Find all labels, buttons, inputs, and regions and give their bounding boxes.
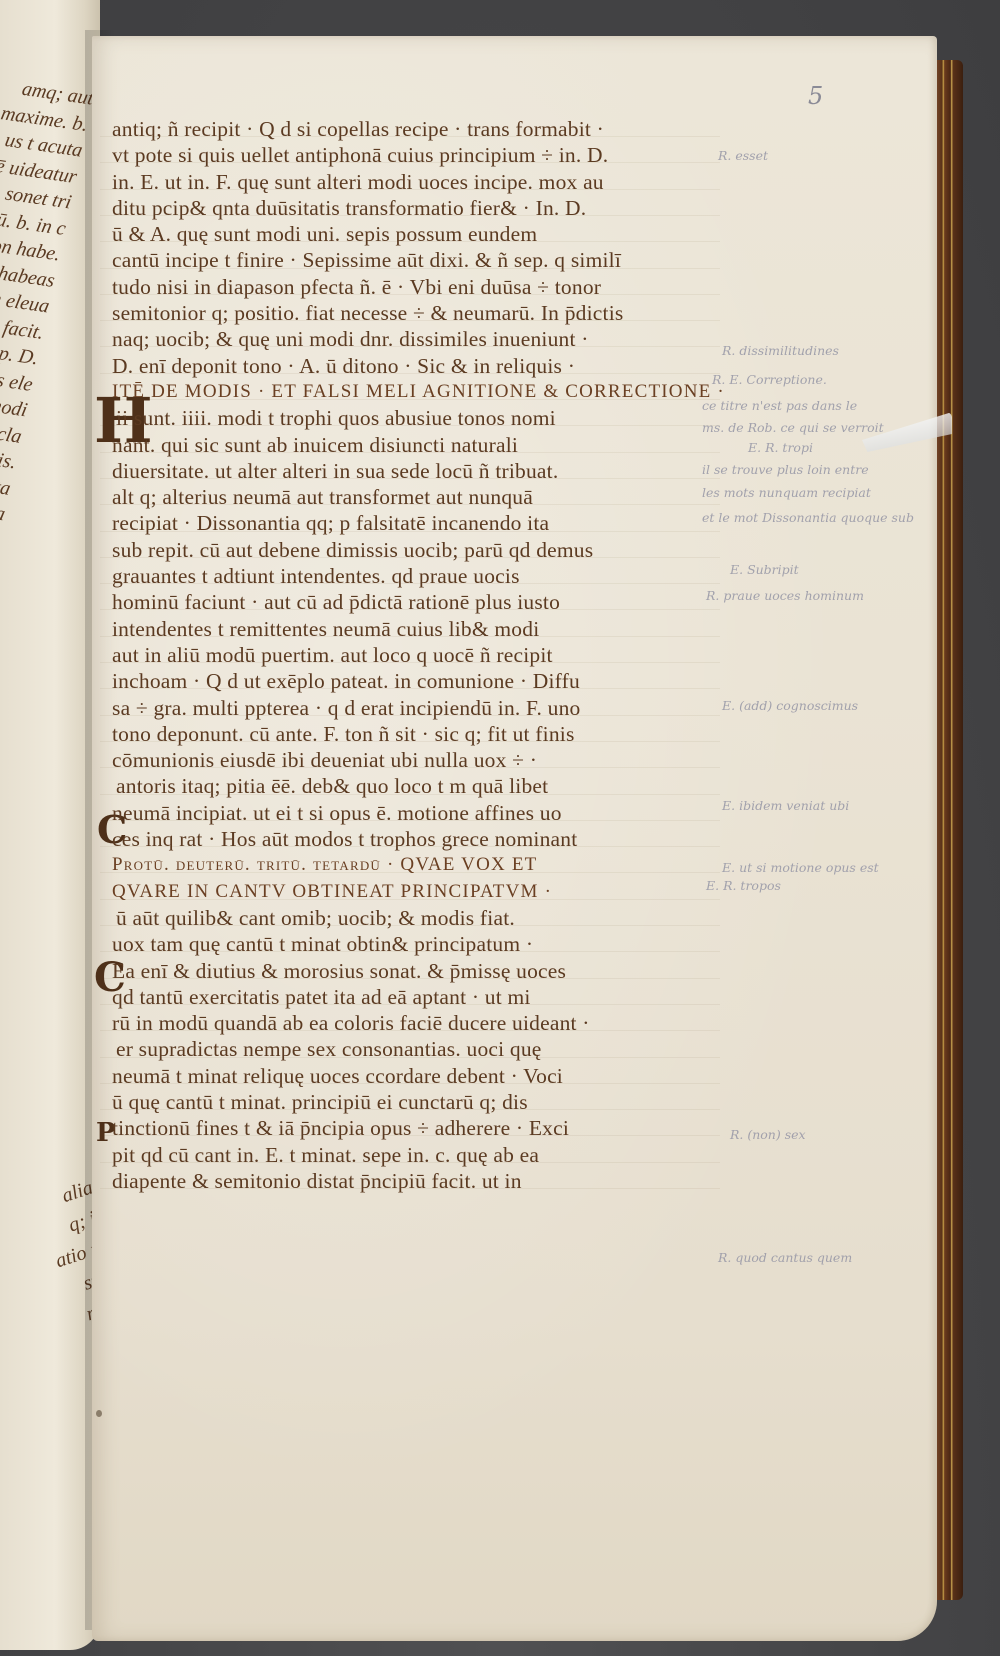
- text-line: inchoam · Q d ut exēplo pateat. in comun…: [112, 668, 672, 694]
- text-line: hominū faciunt · aut cū ad p̄dictā ratio…: [112, 589, 672, 615]
- text-line: er supradictas nempe sex consonantias. u…: [112, 1036, 672, 1062]
- pencil-margin-note: E. (add) cognoscimus: [722, 698, 858, 713]
- text-line: recipiat · Dissonantia qq; p falsitatē i…: [112, 510, 672, 536]
- text-line: vt pote si quis uellet antiphonā cuius p…: [112, 142, 672, 168]
- text-line: nant. qui sic sunt ab inuicem disiuncti …: [112, 432, 672, 458]
- text-line: qd tantū exercitatis patet ita ad eā apt…: [112, 984, 672, 1010]
- text-line: pit qd cū cant in. E. t minat. sepe in. …: [112, 1142, 672, 1168]
- rubric-line: Protū. deuterū. tritū. tetardū · QVAE VO…: [112, 852, 672, 878]
- text-line: diuersitate. ut alter alteri in sua sede…: [112, 458, 672, 484]
- text-line: sa ÷ gra. multi ppterea · q d erat incip…: [112, 695, 672, 721]
- pencil-margin-note: E. Subripit: [730, 562, 799, 577]
- text-line: ditu pcip& qnta duūsitatis transformatio…: [112, 195, 672, 221]
- text-line: aut in aliū modū puertim. aut loco q uoc…: [112, 642, 672, 668]
- text-line: tudo nisi in diapason pfecta ñ. ē · Vbi …: [112, 274, 672, 300]
- pencil-margin-note: R. dissimilitudines: [722, 343, 839, 358]
- text-line: semitonior q; positio. fiat necesse ÷ & …: [112, 300, 672, 326]
- text-line: rū in modū quandā ab ea coloris faciē du…: [112, 1010, 672, 1036]
- text-line: intendentes t remittentes neumā cuius li…: [112, 616, 672, 642]
- pencil-margin-note: il se trouve plus loin entre: [702, 462, 869, 477]
- text-line: neumā incipiat. ut ei t si opus ē. motio…: [112, 800, 672, 826]
- pencil-margin-note: R. (non) sex: [730, 1127, 806, 1142]
- pencil-margin-note: R. E. Correptione.: [712, 372, 827, 387]
- parchment-hole: [96, 1410, 102, 1417]
- text-line: tinctionū fines t & iā p̄ncipia opus ÷ a…: [112, 1115, 672, 1141]
- text-line: ū & A. quę sunt modi uni. sepis possum e…: [112, 221, 672, 247]
- text-line: Ea enī & diutius & morosius sonat. & p̄m…: [112, 958, 672, 984]
- text-line: antiq; ñ recipit · Q d si copellas recip…: [112, 116, 672, 142]
- rubric-line: ITĒ DE MODIS · ET FALSI MELI AGNITIONE &…: [112, 379, 672, 405]
- text-line: ii sunt. iiii. modi t trophi quos abusiu…: [112, 405, 672, 431]
- pencil-margin-note: E. R. tropi: [748, 440, 813, 455]
- rubric-line: QVARE IN CANTV OBTINEAT PRINCIPATVM ·: [112, 879, 672, 905]
- pencil-margin-note: R. esset: [718, 148, 768, 163]
- text-line: sub repit. cū aut debene dimissis uocib;…: [112, 537, 672, 563]
- left-page-text: amq; autmaxime. b.us t acutanē uideatur.…: [0, 73, 96, 814]
- text-line: diapente & semitonio distat p̄ncipiū fac…: [112, 1168, 672, 1194]
- text-line: cantū incipe t finire · Sepissime aūt di…: [112, 247, 672, 273]
- folio-number: 5: [808, 82, 823, 110]
- pencil-margin-note: R. quod cantus quem: [718, 1250, 852, 1265]
- text-line: uox tam quę cantū t minat obtin& princip…: [112, 931, 672, 957]
- pencil-margin-note: et le mot Dissonantia quoque sub: [702, 510, 914, 525]
- text-line: cōmunionis eiusdē ibi deueniat ubi nulla…: [112, 747, 672, 773]
- pencil-margin-note: ms. de Rob. ce qui se verroit: [702, 420, 884, 435]
- main-text-column: antiq; ñ recipit · Q d si copellas recip…: [112, 116, 672, 1194]
- text-line: neumā t minat reliquę uoces ccordare deb…: [112, 1063, 672, 1089]
- book-binding: [935, 60, 963, 1600]
- manuscript-photo: amq; autmaxime. b.us t acutanē uideatur.…: [0, 0, 1000, 1656]
- pencil-margin-note: E. ut si motione opus est: [722, 860, 879, 875]
- pencil-margin-note: les mots nunquam recipiat: [702, 485, 871, 500]
- text-line: in. E. ut in. F. quę sunt alteri modi uo…: [112, 169, 672, 195]
- text-line: naq; uocib; & quę uni modi dnr. dissimil…: [112, 326, 672, 352]
- text-line: grauantes t adtiunt intendentes. qd prau…: [112, 563, 672, 589]
- text-line: alt q; alterius neumā aut transformet au…: [112, 484, 672, 510]
- text-line: antoris itaq; pitia ēē. deb& quo loco t …: [112, 773, 672, 799]
- text-line: tono deponunt. cū ante. F. ton ñ sit · s…: [112, 721, 672, 747]
- pencil-margin-note: R. praue uoces hominum: [706, 588, 864, 603]
- pencil-margin-note: ce titre n'est pas dans le: [702, 398, 857, 413]
- text-line: ū aūt quilib& cant omib; uocib; & modis …: [112, 905, 672, 931]
- text-line: D. enī deponit tono · A. ū ditono · Sic …: [112, 353, 672, 379]
- pencil-margin-note: E. R. tropos: [706, 878, 781, 893]
- text-line: ces inq rat · Hos aūt modos t trophos gr…: [112, 826, 672, 852]
- pencil-margin-note: E. ibidem veniat ubi: [722, 798, 849, 813]
- text-line: ū quę cantū t minat. principiū ei cuncta…: [112, 1089, 672, 1115]
